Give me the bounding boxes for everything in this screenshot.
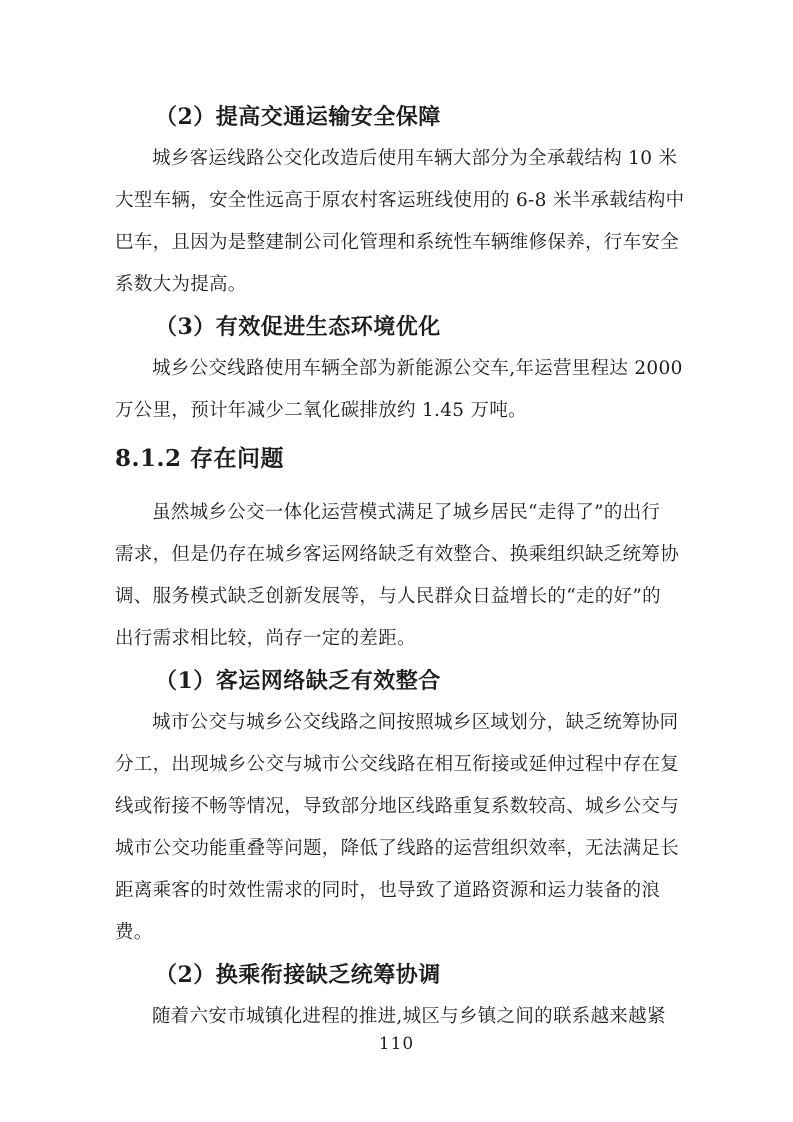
paragraph-network-integration: 城市公交与城乡公交线路之间按照城乡区域划分，缺乏统筹协同 分工，出现城乡公交与城… bbox=[115, 702, 678, 954]
body-line: 分工，出现城乡公交与城市公交线路在相互衔接或延伸过程中存在复 bbox=[115, 744, 678, 786]
page-number: 110 bbox=[0, 1034, 793, 1054]
body-line: 调、服务模式缺乏创新发展等，与人民群众日益增长的“走的好”的 bbox=[115, 576, 678, 618]
body-line: 城市公交功能重叠等问题，降低了线路的运营组织效率，无法满足长 bbox=[115, 828, 678, 870]
paragraph-problems-overview: 虽然城乡公交一体化运营模式满足了城乡居民“走得了”的出行 需求，但是仍存在城乡客… bbox=[115, 492, 678, 660]
body-line: 费。 bbox=[115, 912, 678, 954]
body-line: 线或衔接不畅等情况，导致部分地区线路重复系数较高、城乡公交与 bbox=[115, 786, 678, 828]
body-line: 虽然城乡公交一体化运营模式满足了城乡居民“走得了”的出行 bbox=[115, 492, 678, 534]
body-line: 系数大为提高。 bbox=[115, 264, 678, 306]
body-line: 大型车辆，安全性远高于原农村客运班线使用的 6-8 米半承载结构中 bbox=[115, 180, 678, 222]
body-line: 巴车，且因为是整建制公司化管理和系统性车辆维修保养，行车安全 bbox=[115, 222, 678, 264]
text-content: （2）提高交通运输安全保障 城乡客运线路公交化改造后使用车辆大部分为全承载结构 … bbox=[115, 96, 678, 1038]
body-line: 城乡公交线路使用车辆全部为新能源公交车,年运营里程达 2000 bbox=[115, 348, 678, 390]
body-line: 需求，但是仍存在城乡客运网络缺乏有效整合、换乘组织缺乏统筹协 bbox=[115, 534, 678, 576]
paragraph-urbanization: 随着六安市城镇化进程的推进,城区与乡镇之间的联系越来越紧 bbox=[115, 996, 678, 1038]
document-page: （2）提高交通运输安全保障 城乡客运线路公交化改造后使用车辆大部分为全承载结构 … bbox=[0, 0, 793, 1122]
body-line: 出行需求相比较，尚存一定的差距。 bbox=[115, 618, 678, 660]
subsection-heading-network-integration: （1）客运网络缺乏有效整合 bbox=[115, 660, 678, 702]
paragraph-vehicle-safety: 城乡客运线路公交化改造后使用车辆大部分为全承载结构 10 米 大型车辆，安全性远… bbox=[115, 138, 678, 306]
subsection-heading-ecology: （3）有效促进生态环境优化 bbox=[115, 306, 678, 348]
body-line: 万公里，预计年减少二氧化碳排放约 1.45 万吨。 bbox=[115, 390, 678, 432]
subsection-heading-traffic-safety: （2）提高交通运输安全保障 bbox=[115, 96, 678, 138]
body-line: 距离乘客的时效性需求的同时，也导致了道路资源和运力装备的浪 bbox=[115, 870, 678, 912]
subsection-heading-transfer-coordination: （2）换乘衔接缺乏统筹协调 bbox=[115, 954, 678, 996]
body-line: 城乡客运线路公交化改造后使用车辆大部分为全承载结构 10 米 bbox=[115, 138, 678, 180]
paragraph-new-energy: 城乡公交线路使用车辆全部为新能源公交车,年运营里程达 2000 万公里，预计年减… bbox=[115, 348, 678, 432]
body-line: 城市公交与城乡公交线路之间按照城乡区域划分，缺乏统筹协同 bbox=[115, 702, 678, 744]
section-heading-existing-problems: 8.1.2 存在问题 bbox=[115, 438, 678, 480]
body-line: 随着六安市城镇化进程的推进,城区与乡镇之间的联系越来越紧 bbox=[115, 996, 678, 1038]
